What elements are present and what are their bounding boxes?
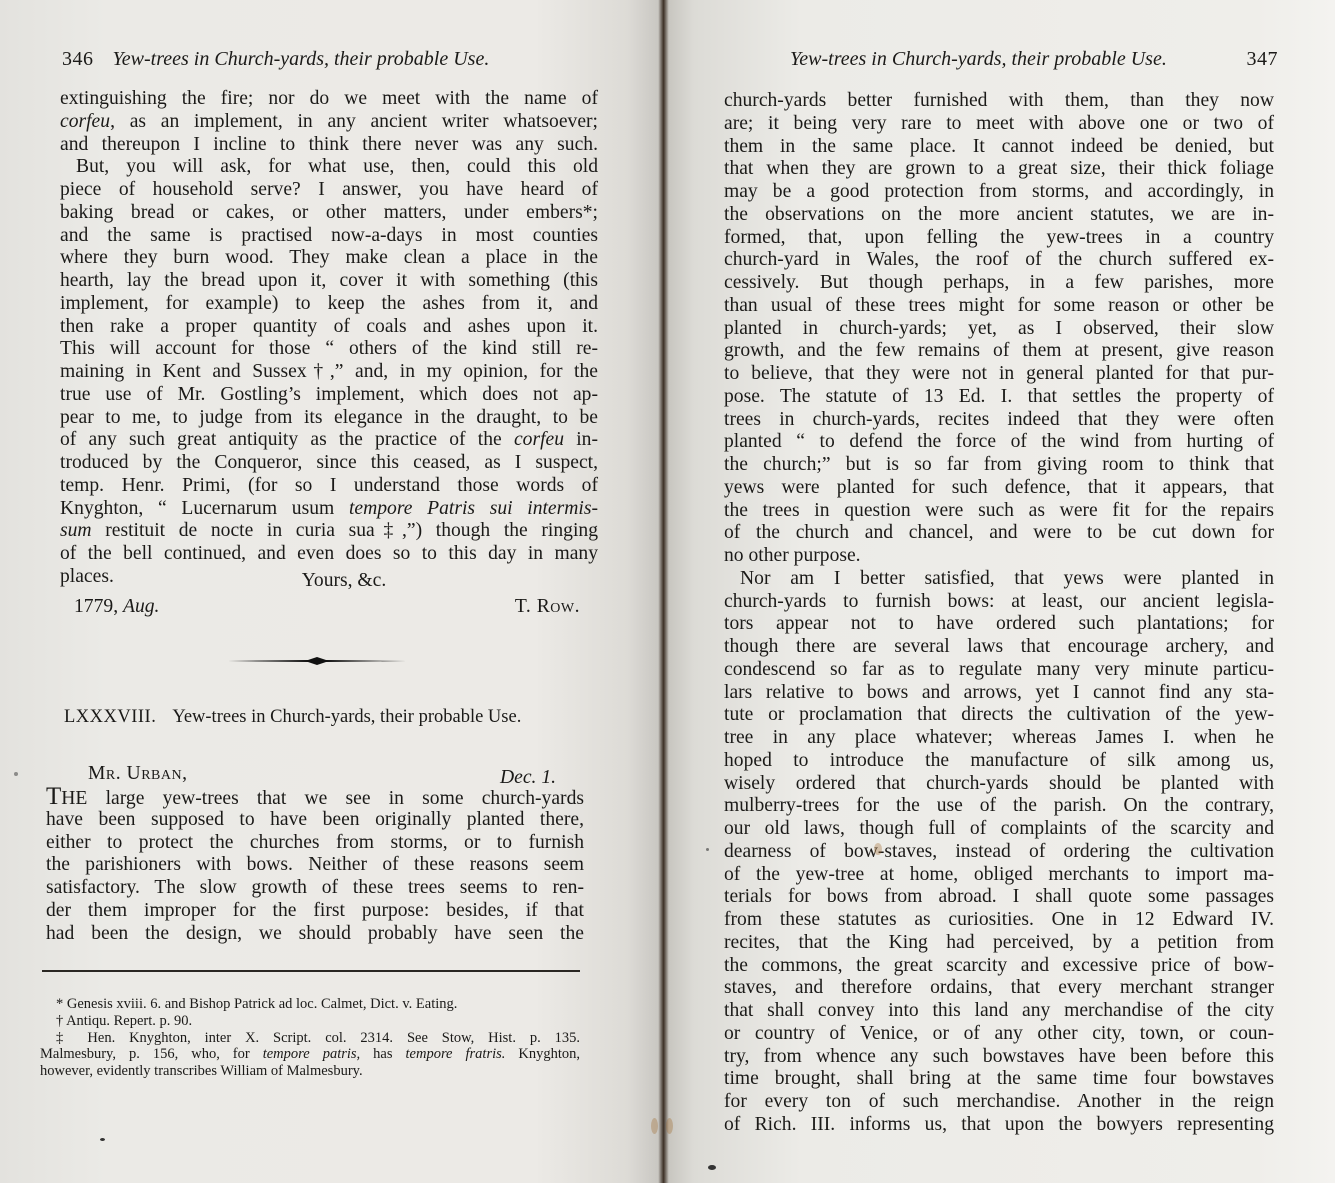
text-line: satisfactory. The slow growth of these t… [46, 877, 584, 900]
text-line: yews were planted for such defence, that… [724, 477, 1274, 500]
text-line: formed, that, upon felling the yew-trees… [724, 227, 1274, 250]
text-line: pear to me, to judge from its elegance i… [60, 407, 598, 430]
text-line: the church;” but is so far from giving r… [724, 454, 1274, 477]
text-line: the trees in question were such as were … [724, 500, 1274, 523]
text-line: corfeu, as an implement, in any ancient … [60, 111, 598, 134]
text-line: hoped to introduce the manufacture of si… [724, 750, 1274, 773]
text-line: condescend so far as to regulate many ve… [724, 659, 1274, 682]
footnote: Malmesbury, p. 156, who, for tempore pat… [40, 1046, 580, 1063]
running-head-left: 346 Yew-trees in Church-yards, their pro… [62, 48, 602, 71]
text-line: the observations on the more ancient sta… [724, 204, 1274, 227]
text-line: though there are several laws that encou… [724, 636, 1274, 659]
paper-speck [708, 1165, 716, 1170]
text-line: tute or proclamation that directs the cu… [724, 704, 1274, 727]
text-line: time brought, shall bring at the same ti… [724, 1068, 1274, 1091]
page-number: 347 [1247, 48, 1279, 71]
text-line: of any such great antiquity as the pract… [60, 429, 598, 452]
footnote: * Genesis xviii. 6. and Bishop Patrick a… [40, 996, 580, 1013]
text-line: der them improper for the first purpose:… [46, 900, 584, 923]
text-line: Knyghton, “ Lucernarum usum tempore Patr… [60, 498, 598, 521]
text-line: then rake a proper quantity of coals and… [60, 316, 598, 339]
text-line: the parishioners with bows. Neither of t… [46, 854, 584, 877]
body-text: church-yards better furnished with them,… [724, 90, 1274, 1137]
text-line: planted in church-yards; yet, as I obser… [724, 318, 1274, 341]
book-spread: 346 Yew-trees in Church-yards, their pro… [0, 0, 1335, 1183]
text-line: sum restituit de nocte in curia sua‡,”) … [60, 520, 598, 543]
running-head-title: Yew-trees in Church-yards, their probabl… [790, 48, 1167, 71]
text-line: Nor am I better satisfied, that yews wer… [724, 568, 1274, 591]
text-line: tors appear not to have ordered such pla… [724, 613, 1274, 636]
text-line: for every ton of such merchandise. Anoth… [724, 1091, 1274, 1114]
text-line: that shall convey into this land any mer… [724, 1000, 1274, 1023]
text-line: hearth, lay the bread upon it, cover it … [60, 270, 598, 293]
text-line: from these statutes as curiosities. One … [724, 909, 1274, 932]
text-line: of Rich. III. informs us, that upon the … [724, 1114, 1274, 1137]
closing: Yours, &c. [60, 570, 598, 592]
left-page: 346 Yew-trees in Church-yards, their pro… [0, 0, 662, 1183]
text-line: try, from whence any such bowstaves have… [724, 1046, 1274, 1069]
text-line: lars relative to bows and arrows, yet I … [724, 682, 1274, 705]
salutation: Mr. Urban, [88, 763, 188, 785]
text-line: This will account for those “ others of … [60, 338, 598, 361]
text-line: trees in church-yards, recites indeed th… [724, 409, 1274, 432]
text-line: to believe, that they were not in genera… [724, 363, 1274, 386]
text-line: no other purpose. [724, 545, 1274, 568]
text-line: temp. Henr. Primi, (for so I understand … [60, 475, 598, 498]
text-line: planted “ to defend the force of the win… [724, 431, 1274, 454]
footnote-rule [42, 970, 580, 972]
text-line: tree in any place whatever; whereas Jame… [724, 727, 1274, 750]
text-line: implement, for example) to keep the ashe… [60, 293, 598, 316]
text-line: them in the same place. It cannot indeed… [724, 136, 1274, 159]
text-line: church-yard in Wales, the roof of the ch… [724, 249, 1274, 272]
footnote: † Antiqu. Repert. p. 90. [40, 1013, 580, 1030]
text-line: our old laws, though full of complaints … [724, 818, 1274, 841]
footnotes: * Genesis xviii. 6. and Bishop Patrick a… [40, 996, 580, 1080]
foxing-stain [666, 1118, 673, 1134]
paper-speck [14, 772, 18, 776]
foxing-stain [651, 1118, 658, 1134]
text-line: church-yards to furnish bows: at least, … [724, 591, 1274, 614]
letter-text: THE large yew-trees that we see in some … [46, 786, 584, 945]
text-line: church-yards better furnished with them,… [724, 90, 1274, 113]
text-line: THE large yew-trees that we see in some … [46, 786, 584, 809]
text-line: extinguishing the fire; nor do we meet w… [60, 88, 598, 111]
text-line: had been the design, we should probably … [46, 923, 584, 946]
text-line: and the same is practised now-a-days in … [60, 225, 598, 248]
text-line: But, you will ask, for what use, then, c… [60, 156, 598, 179]
text-line: and thereupon I incline to think there n… [60, 134, 598, 157]
ornamental-rule-icon [228, 657, 406, 665]
drop-cap: T [46, 783, 61, 810]
text-line: mulberry-trees for the use of the parish… [724, 795, 1274, 818]
text-line: that when they are grown to a great size… [724, 158, 1274, 181]
text-line: of the bell continued, and even does so … [60, 543, 598, 566]
text-line: terials for bows from abroad. I shall qu… [724, 886, 1274, 909]
right-page: Yew-trees in Church-yards, their probabl… [668, 0, 1335, 1183]
footnote: however, evidently transcribes William o… [40, 1063, 580, 1080]
text-line: true use of Mr. Gostling’s implement, wh… [60, 384, 598, 407]
text-line: piece of household serve? I answer, you … [60, 179, 598, 202]
text-line: staves, and therefore ordains, that ever… [724, 977, 1274, 1000]
body-text: extinguishing the fire; nor do we meet w… [60, 88, 598, 589]
text-line: cessively. But though perhaps, in a few … [724, 272, 1274, 295]
author-signature: T. Row. [515, 596, 580, 618]
text-line: are; it being very rare to meet with abo… [724, 113, 1274, 136]
text-line: of the church and chancel, and were to b… [724, 522, 1274, 545]
text-line: troduced by the Conqueror, since this ce… [60, 452, 598, 475]
text-line: than usual of these trees might for some… [724, 295, 1274, 318]
section-heading: LXXXVIII. Yew-trees in Church-yards, the… [64, 707, 521, 728]
text-line: where they burn wood. They make clean a … [60, 247, 598, 270]
text-line: baking bread or cakes, or other matters,… [60, 202, 598, 225]
running-head-title: Yew-trees in Church-yards, their probabl… [113, 48, 490, 70]
text-line: may be a good protection from storms, an… [724, 181, 1274, 204]
text-line: dearness of bow-staves, instead of order… [724, 841, 1274, 864]
letter-date-year: 1779, Aug. [74, 596, 159, 618]
foxing-stain [874, 843, 882, 855]
text-line: pose. The statute of 13 Ed. I. that sett… [724, 386, 1274, 409]
section-title: Yew-trees in Church-yards, their probabl… [172, 707, 521, 727]
text-line: the commons, the great scarcity and exce… [724, 955, 1274, 978]
text-line: recites, that the King had perceived, by… [724, 932, 1274, 955]
page-number: 346 [62, 48, 94, 70]
text-line: of the yew-tree at home, obliged merchan… [724, 864, 1274, 887]
footnote: ‡ Hen. Knyghton, inter X. Script. col. 2… [40, 1030, 580, 1047]
text-line: or country of Venice, or of any other ci… [724, 1023, 1274, 1046]
text-line: growth, and the few remains of them at p… [724, 340, 1274, 363]
section-number: LXXXVIII. [64, 707, 156, 727]
text-line: either to protect the churches from stor… [46, 832, 584, 855]
text-line: wisely ordered that church-yards should … [724, 773, 1274, 796]
paper-speck [100, 1138, 105, 1141]
paper-speck [706, 848, 709, 851]
text-line: maining in Kent and Sussex†,” and, in my… [60, 361, 598, 384]
text-line: have been supposed to have been original… [46, 809, 584, 832]
